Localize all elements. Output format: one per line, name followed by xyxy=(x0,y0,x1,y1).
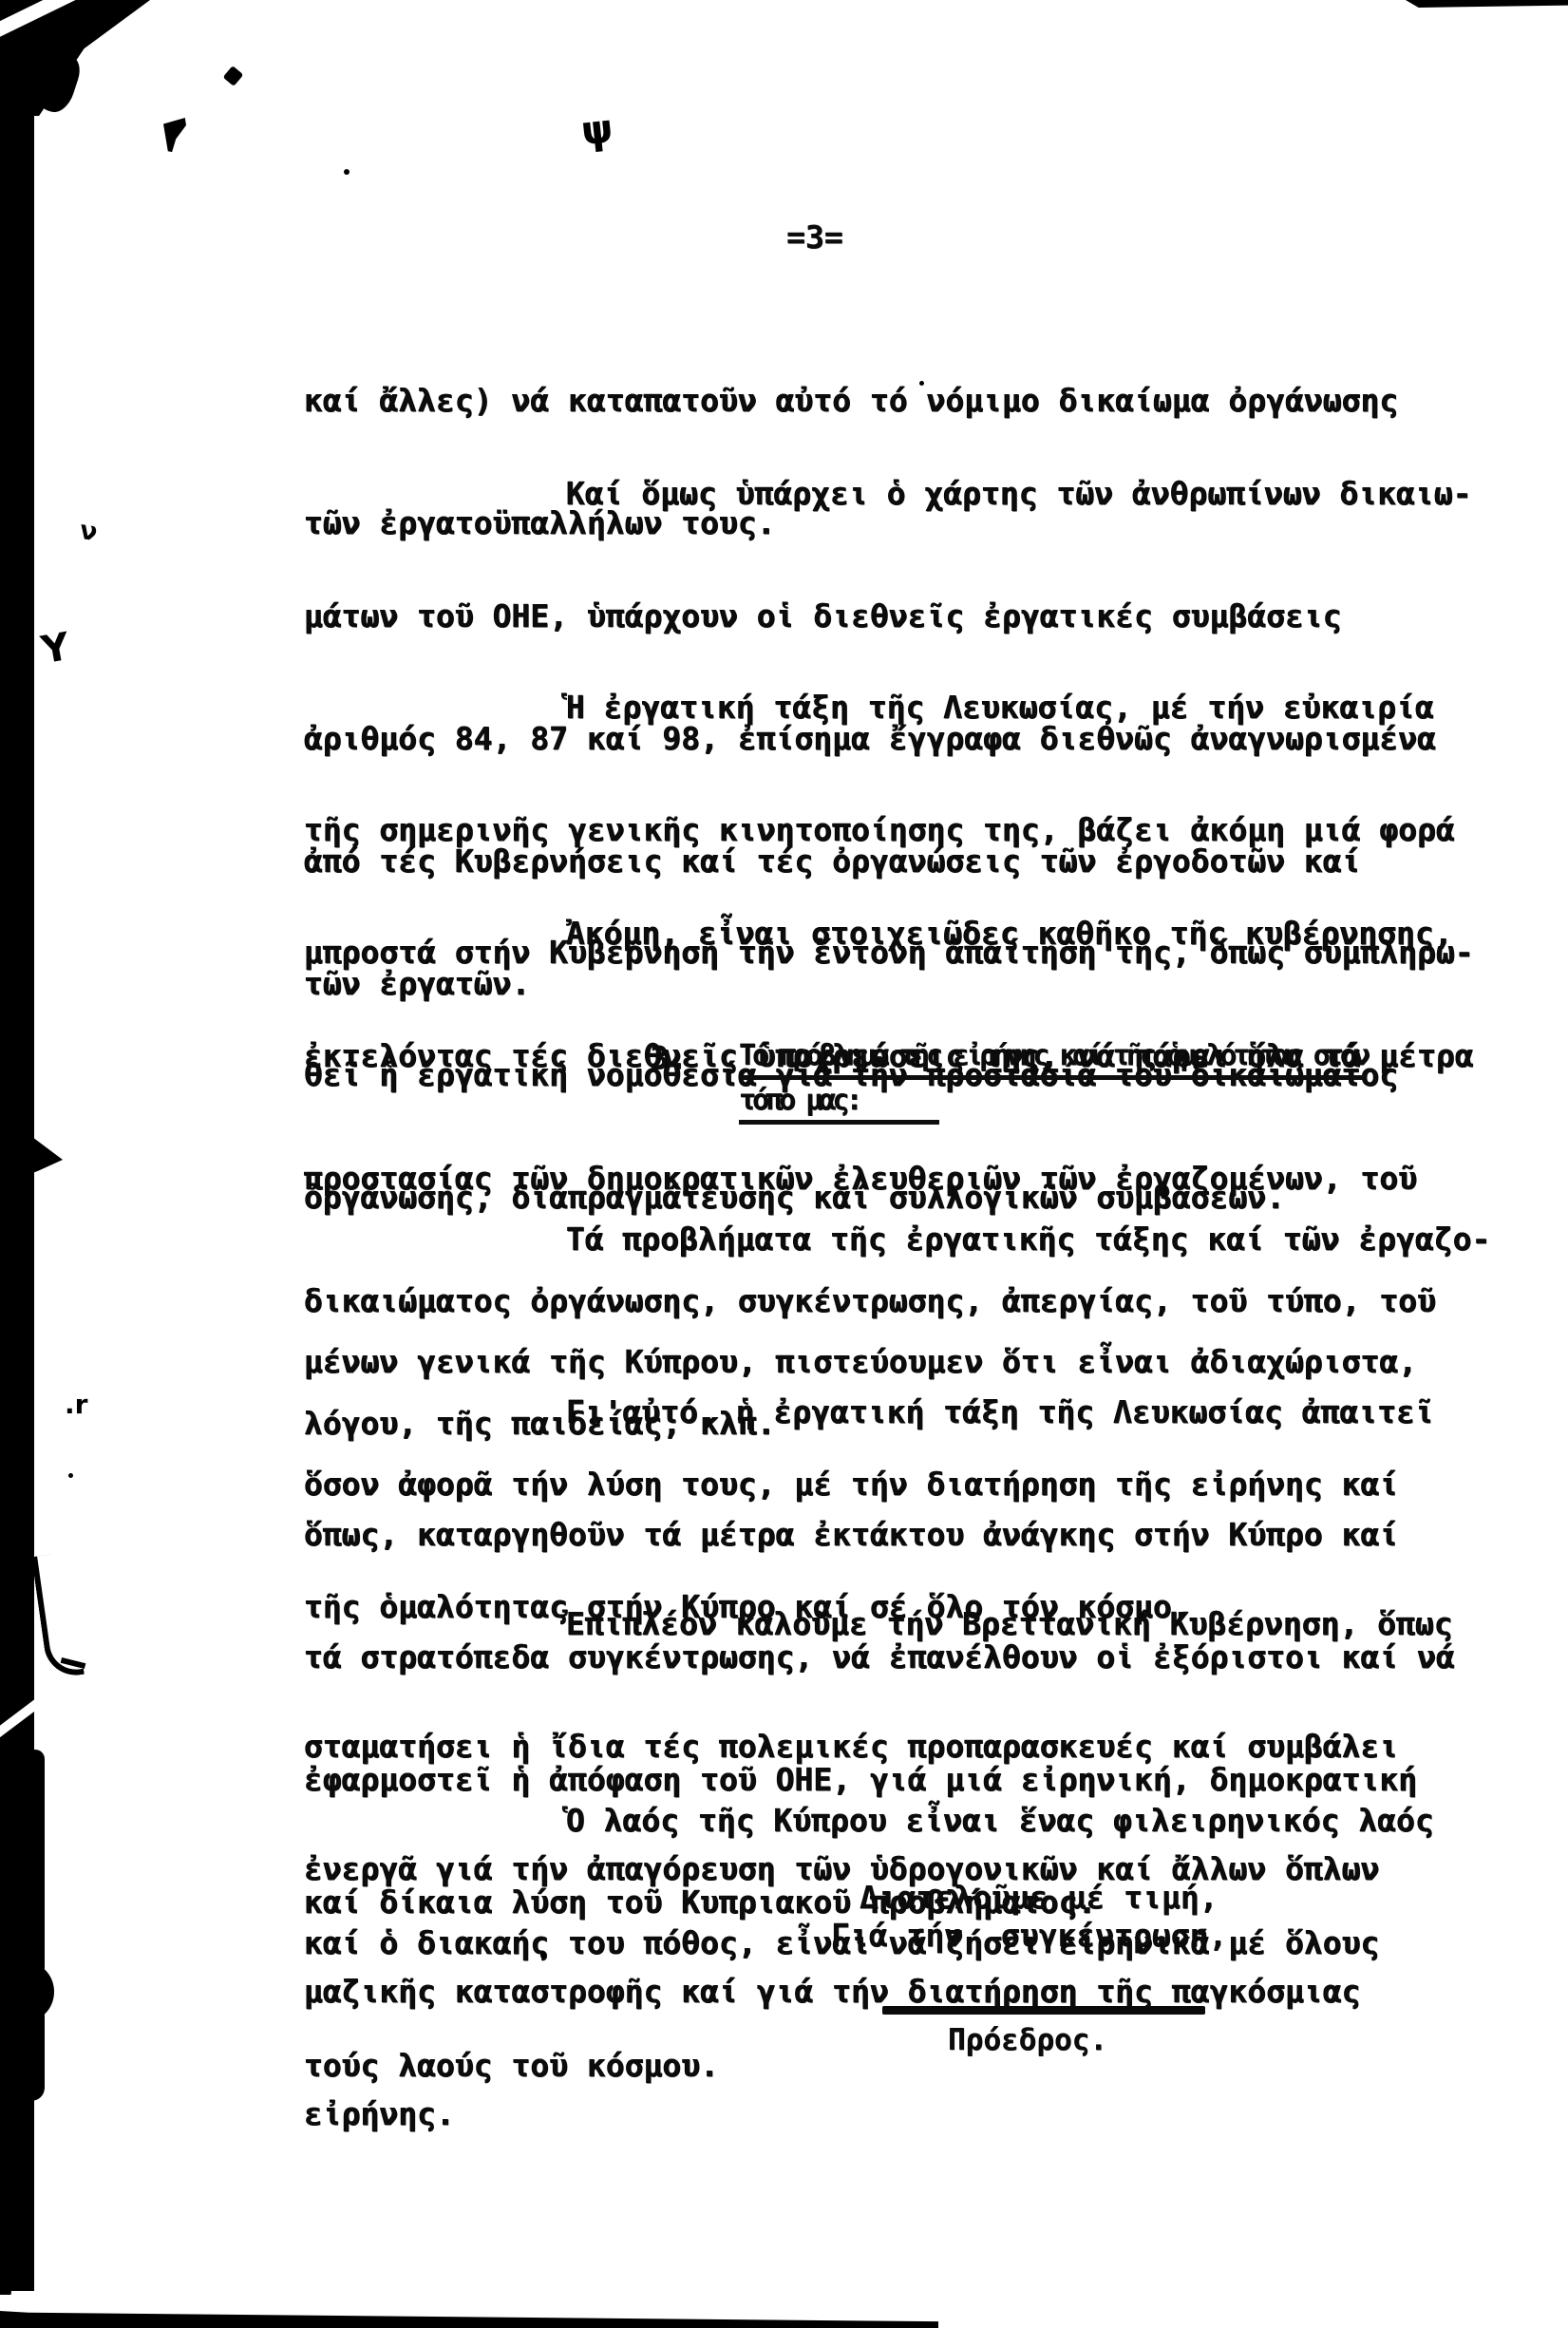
ink-speck xyxy=(68,1473,73,1478)
section-heading-line: Τό πρόβλημα τῆς εἰρήνης καί τῆς ὁμαλότητ… xyxy=(739,1039,1367,1080)
y-pen-mark: Y xyxy=(38,625,73,672)
text-line: τούς λαούς τοῦ κόσμου. xyxy=(304,2045,1434,2086)
section-heading: τόπο μας: xyxy=(739,1084,939,1125)
scan-bar-wide-section xyxy=(0,1750,45,2101)
section-number: 3. xyxy=(650,1039,688,1076)
bottom-edge-scan-strip xyxy=(0,2311,938,2328)
signer-title: Πρόεδρος. xyxy=(948,2020,1107,2061)
closing-on-behalf: Γιά τήν συγκέντρωση, xyxy=(831,1915,1227,1956)
text-line: Ἀκόμη, εἶναι στοιχειῶδες καθῆκο τῆς κυβέ… xyxy=(304,913,1474,954)
ink-speck xyxy=(919,381,924,386)
text-line: Καί ὅμως ὑπάρχει ὁ χάρτης τῶν ἀνθρωπίνων… xyxy=(304,473,1472,514)
flag-speck xyxy=(163,118,186,152)
r-pen-mark: .r xyxy=(65,1389,87,1420)
scan-bar-lump xyxy=(0,1962,54,2021)
text-line: Ἐπιπλέον καλοῦμε τήν Βρεττανική Κυβέρνησ… xyxy=(304,1603,1453,1644)
section-heading: Τό πρόβλημα τῆς εἰρήνης καί τῆς ὁμαλότητ… xyxy=(739,1039,1367,1080)
scanned-document-page: { "artifacts": { "ink_color": "#0c0c0c",… xyxy=(0,0,1568,2328)
ink-speck xyxy=(344,169,349,175)
signature-line-tail xyxy=(1181,2009,1205,2014)
text-line: Γι'αὐτό, ἡ ἐργατική τάξη τῆς Λευκωσίας ἀ… xyxy=(304,1391,1455,1432)
diamond-speck xyxy=(223,66,244,86)
signature-line xyxy=(882,2006,1205,2015)
psi-pen-mark: ψ xyxy=(579,104,615,154)
top-right-edge-sliver xyxy=(1406,0,1568,8)
page-number: =3= xyxy=(786,218,843,256)
ink-speck xyxy=(540,1952,545,1959)
text-line: Τά προβλήματα τῆς ἐργατικῆς τάξης καί τῶ… xyxy=(304,1219,1491,1259)
text-line: Ὁ λαός τῆς Κύπρου εἶναι ἕνας φιλειρηνικό… xyxy=(304,1800,1434,1841)
closing-salutation: Διατελοῦμε μέ τιμή, xyxy=(860,1877,1219,1918)
section-heading-line: τόπο μας: xyxy=(739,1084,939,1125)
text-line: Ἡ ἐργατική τάξη τῆς Λευκωσίας, μέ τήν εὐ… xyxy=(304,687,1474,728)
nu-pen-mark: ν xyxy=(78,516,100,547)
